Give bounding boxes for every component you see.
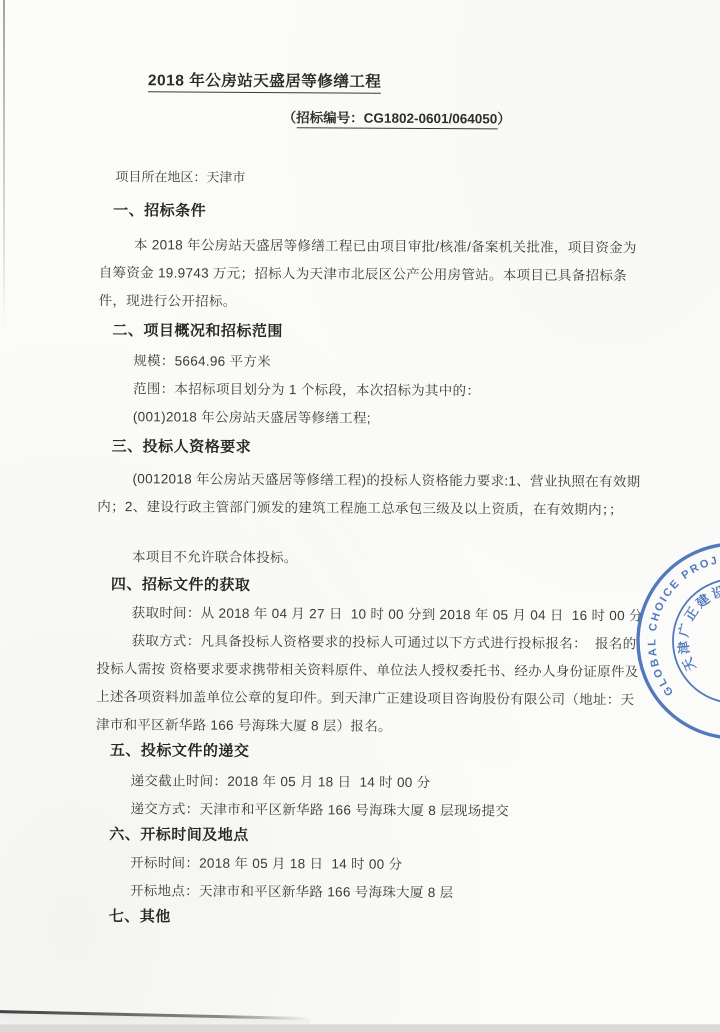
scan-bottom-band: [0, 1024, 720, 1032]
document-title: 2018 年公房站天盛居等修缮工程: [148, 70, 648, 95]
paragraph-submit-method: 递交方式：天津市和平区新华路 166 号海珠大厦 8 层现场提交: [95, 795, 643, 826]
paragraph-obtain-method: 获取方式：凡具备投标人资格要求的投标人可通过以下方式进行投标报名： 报名的投标人…: [96, 627, 645, 742]
section-heading-5: 五、投标文件的递交: [110, 740, 644, 765]
paragraph: 本 2018 年公房站天盛居等修缮工程已由项目审批/核准/备案机关批准，项目资金…: [99, 231, 648, 318]
stamp-chinese-text: 天津广正建设项目: [676, 582, 720, 674]
paragraph-qualification: (0012018 年公房站天盛居等修缮工程)的投标人资格能力要求:1、营业执照在…: [97, 465, 645, 524]
paragraph-scope: 范围：本招标项目划分为 1 个标段，本次招标为其中的：: [98, 375, 646, 406]
scan-left-edge-line: [3, 0, 5, 330]
paragraph-scale: 规模：5664.96 平方米: [98, 347, 646, 378]
section-heading-4: 四、招标文件的获取: [111, 574, 645, 599]
paragraph-open-place: 开标地点：天津市和平区新华路 166 号海珠大厦 8 层: [95, 877, 643, 908]
tender-document: 2018 年公房站天盛居等修缮工程 （招标编号：CG1802-0601/0640…: [95, 70, 648, 931]
paragraph-no-consortium: 本项目不允许联合体投标。: [97, 543, 645, 574]
stamp-chinese-text-node: 天津广正建设项目: [676, 582, 720, 674]
paragraph-obtain-time: 获取时间：从 2018 年 04 月 27 日 10 时 00 分到 2018 …: [97, 599, 645, 630]
tender-number-line: （招标编号：CG1802-0601/064050）: [283, 108, 648, 130]
paragraph-open-time: 开标时间：2018 年 05 月 18 日 14 时 00 分: [95, 849, 643, 880]
section-heading-1: 一、招标条件: [113, 200, 647, 225]
project-region-line: 项目所在地区：天津市: [115, 167, 647, 190]
document-title-text: 2018 年公房站天盛居等修缮工程: [148, 72, 381, 93]
section-heading-6: 六、开标时间及地点: [109, 824, 643, 849]
section-heading-7: 七、其他: [109, 906, 643, 931]
section-heading-2: 二、项目概况和招标范围: [112, 320, 646, 345]
tender-open-paren: （: [283, 110, 297, 125]
tender-number: 招标编号：CG1802-0601/064050: [296, 110, 497, 129]
paragraph-submit-deadline: 递交截止时间：2018 年 05 月 18 日 14 时 00 分: [96, 767, 644, 798]
paragraph-lot: (001)2018 年公房站天盛居等修缮工程;: [98, 403, 646, 434]
stamp-svg: GLOBAL CHOICE PROJ 天津广正建设项目: [615, 535, 720, 755]
official-stamp: GLOBAL CHOICE PROJ 天津广正建设项目: [615, 535, 720, 755]
section-heading-3: 三、投标人资格要求: [112, 436, 646, 461]
tender-close-paren: ）: [497, 111, 511, 126]
